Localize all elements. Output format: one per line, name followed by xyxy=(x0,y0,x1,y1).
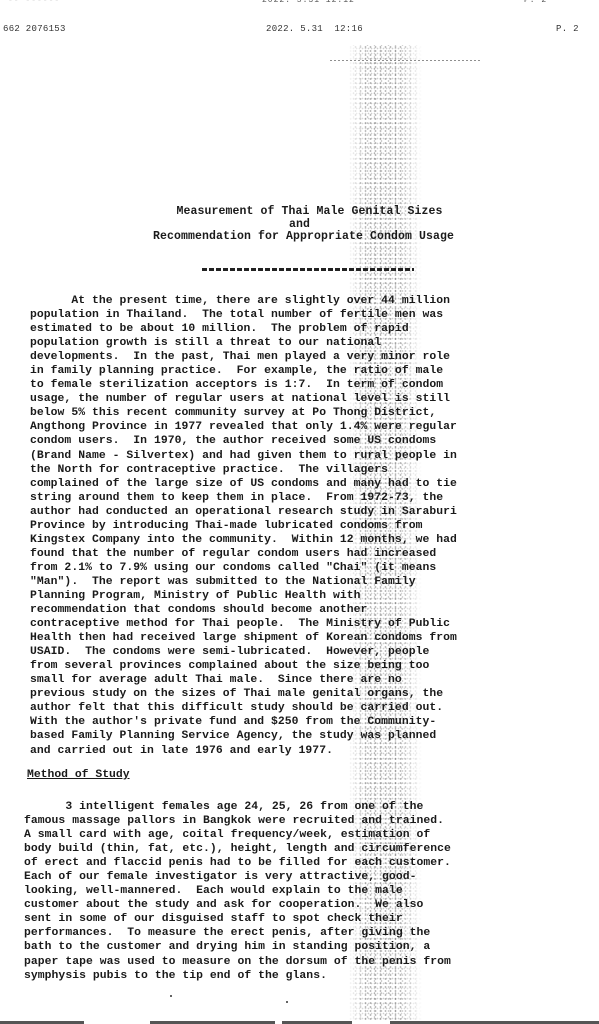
text-line: symphysis pubis to the tip end of the gl… xyxy=(24,969,564,983)
title-line-1: Measurement of Thai Male Genital Sizes xyxy=(10,206,599,219)
text-line: based Family Planning Service Agency, th… xyxy=(30,729,570,743)
text-line: developments. In the past, Thai men play… xyxy=(30,350,570,364)
text-line: recommendation that condoms should becom… xyxy=(30,603,570,617)
text-line: paper tape was used to measure on the do… xyxy=(24,955,564,969)
title-dashed-rule xyxy=(202,268,414,271)
method-paragraph: 3 intelligent females age 24, 25, 26 fro… xyxy=(24,800,564,983)
fax-top-partial-line: -- ------ 2022. 5.31 12:12 P. 2 xyxy=(0,0,599,8)
text-line: of erect and flaccid penis had to be fil… xyxy=(24,856,564,870)
text-line: (Brand Name - Silvertex) and had given t… xyxy=(30,449,570,463)
text-line: complained of the large size of US condo… xyxy=(30,477,570,491)
text-line: Kingstex Company into the community. Wit… xyxy=(30,533,570,547)
title-line-3: Recommendation for Appropriate Condom Us… xyxy=(4,231,599,244)
text-line: from several provinces complained about … xyxy=(30,659,570,673)
text-line: author had conducted an operational rese… xyxy=(30,505,570,519)
document-title: Measurement of Thai Male Genital Sizes a… xyxy=(0,206,599,244)
fax-page-number: P. 2 xyxy=(556,24,579,34)
text-line: Province by introducing Thai-made lubric… xyxy=(30,519,570,533)
text-line: famous massage pallors in Bangkok were r… xyxy=(24,814,564,828)
text-line: usage, the number of regular users at na… xyxy=(30,392,570,406)
text-line: At the present time, there are slightly … xyxy=(30,294,570,308)
text-line: Planning Program, Ministry of Public Hea… xyxy=(30,589,570,603)
text-line: USAID. The condoms were semi-lubricated.… xyxy=(30,645,570,659)
text-line: in family planning practice. For example… xyxy=(30,364,570,378)
text-line: population in Thailand. The total number… xyxy=(30,308,570,322)
fax-top-partial-left: -- ------ xyxy=(8,0,60,5)
text-line: looking, well-mannered. Each would expla… xyxy=(24,884,564,898)
text-line: population growth is still a threat to o… xyxy=(30,336,570,350)
intro-paragraph: At the present time, there are slightly … xyxy=(30,294,570,758)
fax-top-partial-center: 2022. 5.31 12:12 xyxy=(262,0,355,5)
text-line: body build (thin, fat, etc.), height, le… xyxy=(24,842,564,856)
text-line: Health then had received large shipment … xyxy=(30,631,570,645)
text-line: Angthong Province in 1977 revealed that … xyxy=(30,420,570,434)
text-line: performances. To measure the erect penis… xyxy=(24,926,564,940)
text-line: condom users. In 1970, the author receiv… xyxy=(30,434,570,448)
text-line: "Man"). The report was submitted to the … xyxy=(30,575,570,589)
text-line: small for average adult Thai male. Since… xyxy=(30,673,570,687)
text-line: customer about the study and ask for coo… xyxy=(24,898,564,912)
fax-sender-number: 662 2076153 xyxy=(3,24,66,34)
text-line: estimated to be about 10 million. The pr… xyxy=(30,322,570,336)
text-line: from 2.1% to 7.9% using our condoms call… xyxy=(30,561,570,575)
text-line: below 5% this recent community survey at… xyxy=(30,406,570,420)
text-line: string around them to keep them in place… xyxy=(30,491,570,505)
scan-speck xyxy=(286,1001,288,1003)
text-line: bath to the customer and drying him in s… xyxy=(24,940,564,954)
text-line: 3 intelligent females age 24, 25, 26 fro… xyxy=(24,800,564,814)
text-line: A small card with age, coital frequency/… xyxy=(24,828,564,842)
text-line: sent in some of our disguised staff to s… xyxy=(24,912,564,926)
scan-speck xyxy=(170,995,172,997)
fax-top-partial-right: P. 2 xyxy=(524,0,547,5)
text-line: previous study on the sizes of Thai male… xyxy=(30,687,570,701)
text-line: to female sterilization acceptors is 1:7… xyxy=(30,378,570,392)
text-line: and carried out in late 1976 and early 1… xyxy=(30,744,570,758)
text-line: Each of our female investigator is very … xyxy=(24,870,564,884)
text-line: With the author's private fund and $250 … xyxy=(30,715,570,729)
scan-noise-rule xyxy=(330,60,480,61)
text-line: found that the number of regular condom … xyxy=(30,547,570,561)
text-line: contraceptive method for Thai people. Th… xyxy=(30,617,570,631)
text-line: the North for contraceptive practice. Th… xyxy=(30,463,570,477)
section-heading-method: Method of Study xyxy=(27,769,130,781)
text-line: author felt that this difficult study sh… xyxy=(30,701,570,715)
fax-datetime: 2022. 5.31 12:16 xyxy=(266,24,363,34)
